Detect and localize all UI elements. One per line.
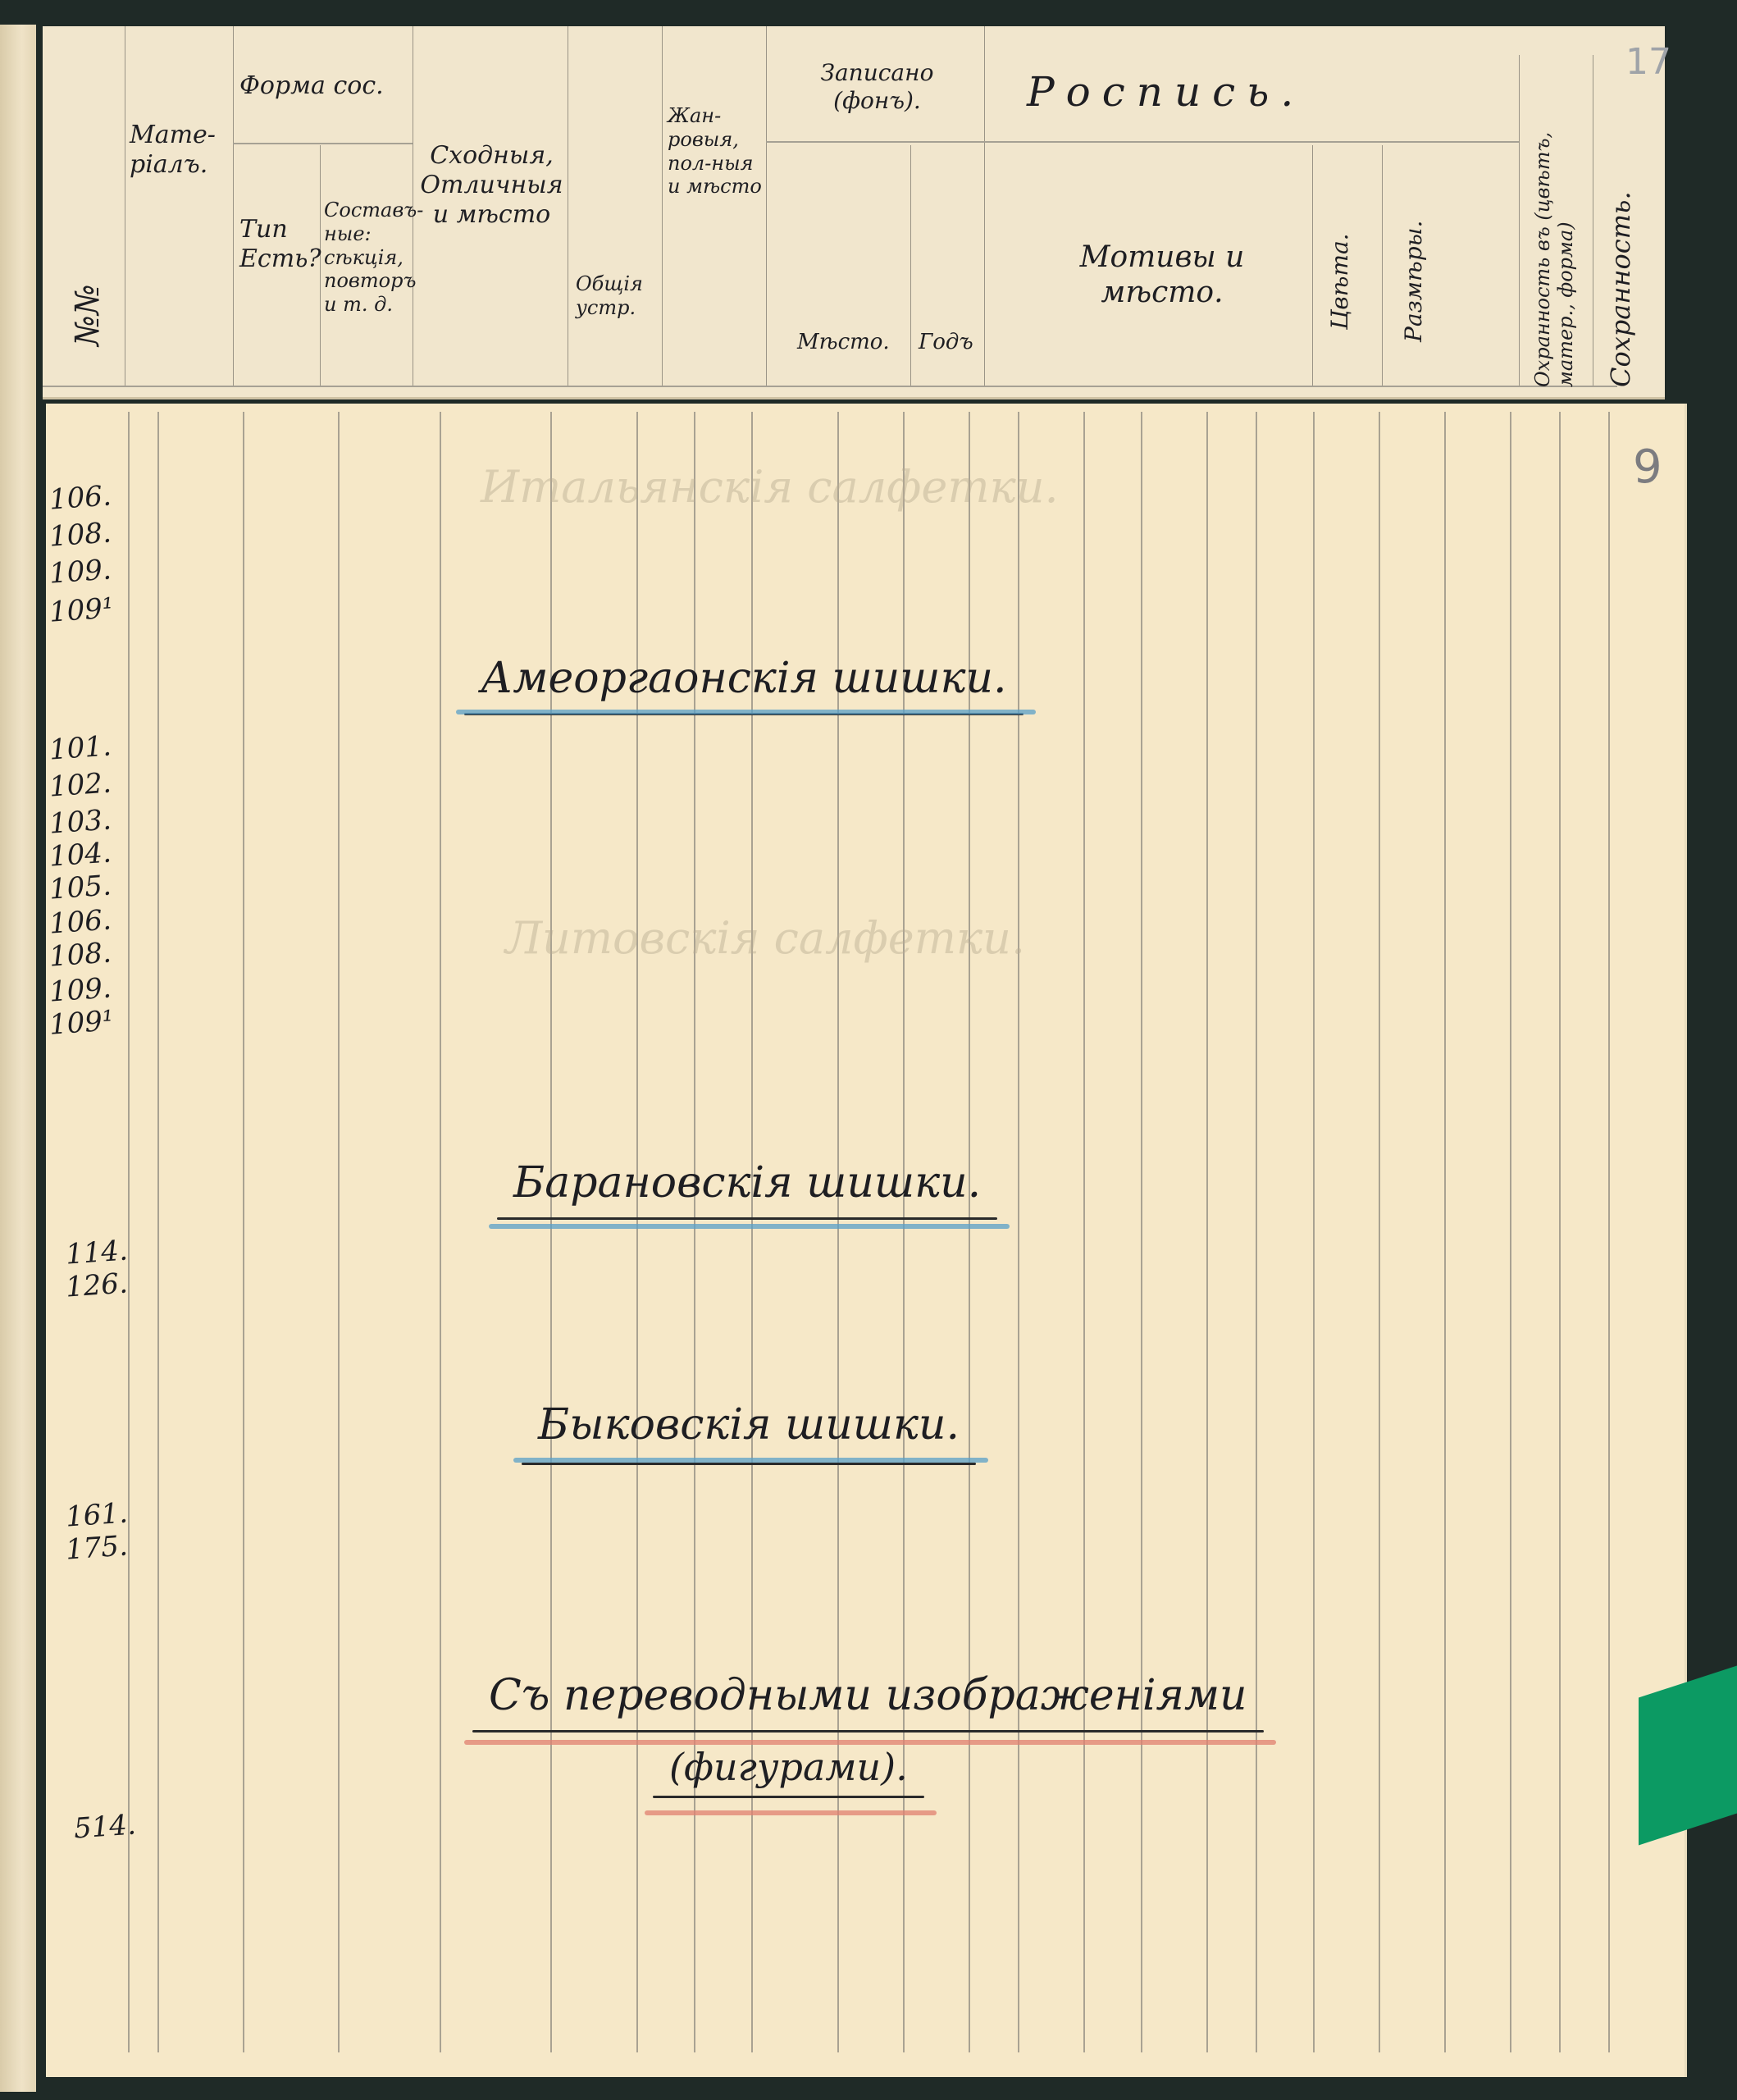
subheader-rule — [233, 143, 413, 144]
column-divider — [984, 26, 985, 387]
ruled-line — [1608, 412, 1610, 2052]
adjacent-page-edge — [0, 25, 36, 2092]
row-number: 108. — [48, 936, 112, 973]
ink-underline — [497, 1217, 997, 1220]
column-recording: Записано (фонъ). — [781, 59, 973, 114]
row-number: 175. — [65, 1529, 129, 1566]
ledger-page: Итальянскія салфетки. Литовскія салфетки… — [46, 404, 1687, 2077]
ruled-line — [243, 412, 244, 2052]
section-heading: Барановскія шишки. — [513, 1158, 981, 1207]
column-material: Мате-ріалъ. — [130, 121, 228, 180]
row-number: 109¹ — [48, 1004, 115, 1041]
folder-tab-accent — [1639, 1666, 1737, 1846]
row-number: 126. — [65, 1267, 129, 1303]
bleed-through-text: Итальянскія салфетки. — [481, 461, 1059, 513]
ruled-line — [1206, 412, 1208, 2052]
row-number: 105. — [48, 869, 112, 906]
column-divider — [568, 26, 568, 387]
column-no: №№ — [69, 284, 107, 346]
column-painting-colors: Цвѣта. — [1326, 233, 1353, 330]
ruled-line — [440, 412, 441, 2052]
ink-underline — [653, 1796, 924, 1798]
column-divider — [1519, 55, 1520, 387]
column-divider — [910, 145, 911, 387]
section-title: Быковскія шишки. — [538, 1400, 960, 1449]
column-origin: Жан-ровыя, пол-ныя и мѣсто — [668, 104, 762, 199]
ruled-line — [1256, 412, 1257, 2052]
row-number: 103. — [48, 803, 112, 840]
blue-pencil-underline — [513, 1458, 988, 1463]
row-number: 514. — [73, 1808, 137, 1845]
column-sequence: Сходныя, Отличныя и мѣсто — [420, 141, 563, 230]
column-preservation: Сохранность. — [1605, 191, 1636, 387]
ruled-line — [128, 412, 130, 2052]
section-heading: Съ переводными изображеніями — [489, 1671, 1247, 1720]
ink-underline — [472, 1730, 1264, 1732]
section-subtitle: (фигурами). — [669, 1745, 908, 1789]
section-title: Барановскія шишки. — [513, 1158, 981, 1207]
column-painting-size: Размѣры. — [1400, 221, 1427, 342]
row-number: 106. — [48, 479, 112, 516]
blue-pencil-underline — [456, 710, 1036, 714]
column-divider — [766, 26, 767, 387]
column-form-composition: Составъ-ные: сѣкція, повторъ и т. д. — [324, 199, 410, 317]
row-number: 102. — [48, 766, 112, 803]
row-number: 109. — [48, 553, 112, 590]
column-divider — [125, 26, 125, 387]
section-subheading: (фигурами). — [669, 1745, 908, 1789]
column-recording-place: Мѣсто. — [797, 330, 890, 355]
row-number: 109. — [48, 971, 112, 1008]
ruled-line — [1141, 412, 1142, 2052]
ruled-line — [338, 412, 340, 2052]
bleed-through-text: Литовскія салфетки. — [505, 912, 1025, 964]
ruled-line — [1379, 412, 1380, 2052]
row-number: 104. — [48, 836, 112, 873]
section-heading: Амеоргаонскія шишки. — [481, 654, 1007, 703]
ruled-line — [1559, 412, 1561, 2052]
section-heading: Быковскія шишки. — [538, 1400, 960, 1449]
ink-underline — [522, 1463, 976, 1465]
header-bottom-rule — [43, 386, 1617, 387]
row-number: 108. — [48, 516, 112, 553]
column-painting-motifs: Мотивы и мѣсто. — [1051, 240, 1273, 310]
ruled-line — [1083, 412, 1085, 2052]
red-pencil-underline — [645, 1810, 937, 1815]
table-header: №№ Мате-ріалъ. Форма сос. Тип Есть? Сост… — [43, 26, 1665, 399]
ruled-line — [1313, 412, 1315, 2052]
page-number: 9 — [1633, 441, 1662, 494]
column-divider — [1382, 145, 1383, 387]
folio-number: 17 — [1625, 41, 1671, 84]
column-form: Форма сос. — [239, 71, 384, 101]
row-number: 101. — [48, 729, 112, 766]
subheader-rule — [766, 141, 984, 143]
blue-pencil-underline — [489, 1224, 1010, 1229]
row-number: 114. — [65, 1234, 129, 1271]
column-divider — [1593, 55, 1593, 387]
ruled-line — [157, 412, 159, 2052]
column-divider — [1312, 145, 1313, 387]
column-divider — [233, 26, 234, 387]
row-number: 161. — [65, 1496, 129, 1533]
section-title: Съ переводными изображеніями — [489, 1671, 1247, 1720]
column-divider — [662, 26, 663, 387]
ruled-line — [1444, 412, 1446, 2052]
column-painting: Роспись. — [1027, 67, 1305, 116]
row-number: 109¹ — [48, 591, 115, 628]
column-recording-year: Годъ — [919, 330, 973, 355]
ruled-line — [1510, 412, 1511, 2052]
column-form-type: Тип Есть? — [239, 215, 313, 274]
column-condition: Охранность въ (цвѣтъ, матер., форма) — [1531, 59, 1577, 387]
subheader-rule — [984, 141, 1519, 143]
column-common: Общія устр. — [576, 272, 658, 320]
ruled-line — [1018, 412, 1019, 2052]
section-title: Амеоргаонскія шишки. — [481, 654, 1007, 703]
row-number: 106. — [48, 903, 112, 940]
